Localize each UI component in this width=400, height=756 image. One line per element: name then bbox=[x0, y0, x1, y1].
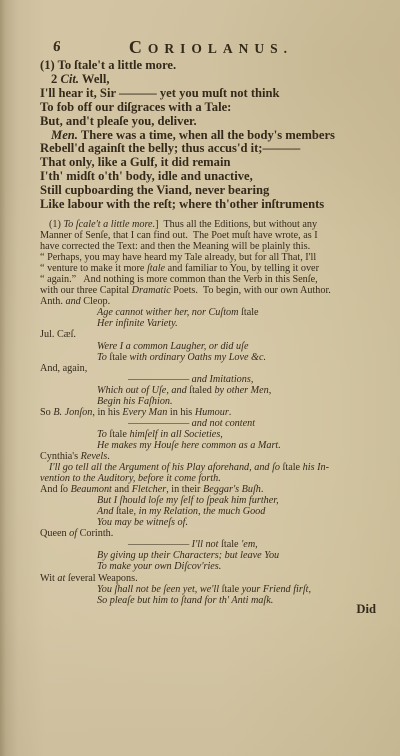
text-line: I'th' midſt o'th' body, idle and unactiv… bbox=[40, 170, 376, 184]
text-line: —————— I'll not ſtale 'em, bbox=[40, 539, 376, 550]
text-line: —————— and not content bbox=[40, 418, 376, 429]
text-line: have corrected the Text: and then the Me… bbox=[40, 241, 376, 252]
text-line: So B. Jonſon, in his Every Man in his Hu… bbox=[40, 407, 376, 418]
text-line: You may be witneſs of. bbox=[40, 517, 376, 528]
text-line: And ſo Beaumont and Fletcher, in their B… bbox=[40, 484, 376, 495]
text-line: Cynthia's Revels. bbox=[40, 451, 376, 462]
text-line: That only, like a Gulf, it did remain bbox=[40, 156, 376, 170]
running-title: CORIOLANUS. bbox=[40, 37, 376, 58]
text-line: Queen of Corinth. bbox=[40, 528, 376, 539]
text-line: Her infinite Variety. bbox=[40, 318, 376, 329]
text-line: But, and't pleaſe you, deliver. bbox=[40, 115, 376, 129]
text-line: vention to the Auditory, before it come … bbox=[40, 473, 376, 484]
text-line: To make your own Diſcov'ries. bbox=[40, 561, 376, 572]
footnote-text: (1) To ſcale't a little more.] Thus all … bbox=[40, 219, 376, 606]
text-line: To ſtale with ordinary Oaths my Love &c. bbox=[40, 352, 376, 363]
text-line: Still cupboarding the Viand, never beari… bbox=[40, 184, 376, 198]
text-line: By giving up their Characters; but leave… bbox=[40, 550, 376, 561]
text-line: (1) To ſtale't a little more. bbox=[40, 59, 376, 73]
text-line: —————— and Imitations, bbox=[40, 374, 376, 385]
text-line: Which out of Uſe, and ſtaled by other Me… bbox=[40, 385, 376, 396]
text-line: Like labour with the reſt; where th'othe… bbox=[40, 198, 376, 212]
text-line: To ſtale himſelf in all Societies, bbox=[40, 429, 376, 440]
text-line: (1) To ſcale't a little more.] Thus all … bbox=[40, 219, 376, 230]
text-line: And, again, bbox=[40, 363, 376, 374]
text-line: Wit at ſeveral Weapons. bbox=[40, 573, 376, 584]
text-line: But I ſhould loſe my ſelf to ſpeak him f… bbox=[40, 495, 376, 506]
main-text: (1) To ſtale't a little more.2 Cit. Well… bbox=[40, 59, 376, 212]
text-line: with our three Capital Dramatic Poets. T… bbox=[40, 285, 376, 296]
text-line: To fob off our diſgraces with a Tale: bbox=[40, 101, 376, 115]
page-number: 6 bbox=[52, 39, 61, 56]
text-line: Were I a common Laugher, or did uſe bbox=[40, 341, 376, 352]
text-line: Begin his Faſhion. bbox=[40, 396, 376, 407]
text-line: 2 Cit. Well, bbox=[40, 73, 376, 87]
text-line: Rebell'd againſt the belly; thus accus'd… bbox=[40, 142, 376, 156]
text-line: Men. There was a time, when all the body… bbox=[40, 129, 376, 143]
text-line: You ſhall not be ſeen yet, we'll ſtale y… bbox=[40, 584, 376, 595]
text-line: Jul. Cæſ. bbox=[40, 329, 376, 340]
text-line: He makes my Houſe here common as a Mart. bbox=[40, 440, 376, 451]
catchword: Did bbox=[40, 602, 378, 617]
text-line: Manner of Senſe, that I can find out. Th… bbox=[40, 230, 376, 241]
text-line: I'll hear it, Sir ——— yet you muſt not t… bbox=[40, 87, 376, 101]
text-line: “ Perhaps, you may have heard my Tale al… bbox=[40, 252, 376, 263]
text-line: Anth. and Cleop. bbox=[40, 296, 376, 307]
book-page: 6 CORIOLANUS. (1) To ſtale't a little mo… bbox=[0, 0, 400, 756]
text-line: And ſtale, in my Relation, the much Good bbox=[40, 506, 376, 517]
text-line: Age cannot wither her, nor Cuſtom ſtale bbox=[40, 307, 376, 318]
page-header: 6 CORIOLANUS. bbox=[40, 37, 376, 57]
text-line: I'll go tell all the Argument of his Pla… bbox=[40, 462, 376, 473]
text-line: “ again.” And nothing is more common tha… bbox=[40, 274, 376, 285]
text-line: “ venture to make it more ſtale and fami… bbox=[40, 263, 376, 274]
